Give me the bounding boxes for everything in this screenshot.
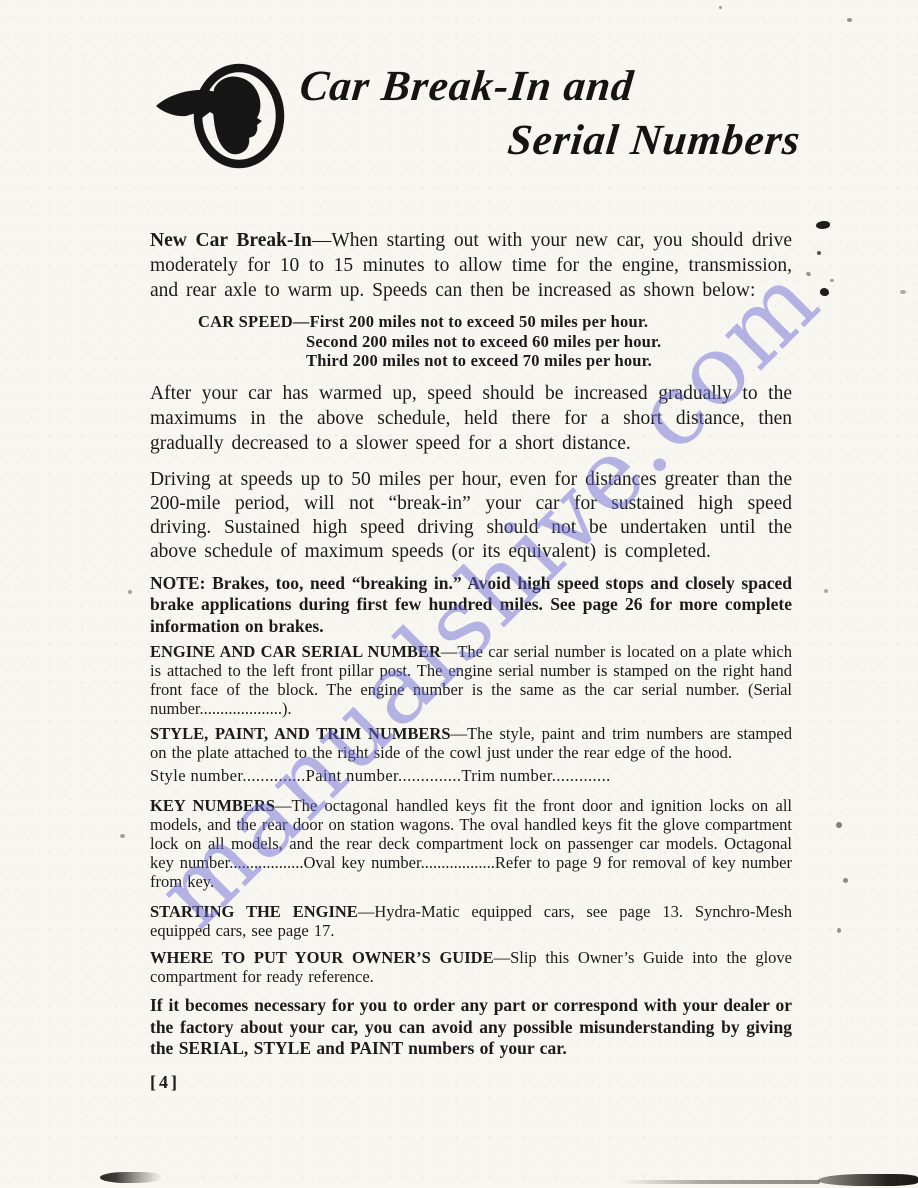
scan-speck: [847, 18, 852, 22]
paragraph-ordering-parts: If it becomes necessary for you to order…: [150, 995, 792, 1060]
heading-engine-serial-number: ENGINE AND CAR SERIAL NUMBER: [150, 642, 441, 661]
scan-speck: [900, 290, 906, 294]
scan-smudge-bottom-left: [100, 1172, 162, 1183]
scanned-manual-page: Car Break-In and Serial Numbers New Car …: [0, 0, 918, 1188]
scan-speck: [824, 589, 828, 593]
car-speed-line-1-text: First 200 miles not to exceed 50 miles p…: [310, 312, 649, 331]
paragraph-new-car-break-in: New Car Break-In—When starting out with …: [150, 228, 792, 303]
car-speed-line-1: CAR SPEED—First 200 miles not to exceed …: [198, 312, 792, 332]
paragraph-engine-serial-number: ENGINE AND CAR SERIAL NUMBER—The car ser…: [150, 642, 792, 718]
paragraph-after-warm-up: After your car has warmed up, speed shou…: [150, 381, 792, 456]
paragraph-key-numbers: KEY NUMBERS—The octagonal handled keys f…: [150, 796, 792, 891]
paragraph-note-brakes: NOTE: Brakes, too, need “breaking in.” A…: [150, 573, 792, 638]
paragraph-style-paint-trim: STYLE, PAINT, AND TRIM NUMBERS—The style…: [150, 724, 792, 762]
paragraph-owners-guide: WHERE TO PUT YOUR OWNER’S GUIDE—Slip thi…: [150, 948, 792, 986]
paragraph-driving-speeds: Driving at speeds up to 50 miles per hou…: [150, 468, 792, 564]
page-title-line2: Serial Numbers: [505, 116, 803, 165]
heading-owners-guide: WHERE TO PUT YOUR OWNER’S GUIDE: [150, 948, 494, 967]
scan-speck: [830, 279, 834, 282]
scan-speck: [843, 878, 848, 883]
scan-speck: [719, 6, 722, 9]
scan-speck: [820, 288, 829, 296]
scan-speck: [817, 251, 821, 255]
car-speed-label: CAR SPEED—: [198, 312, 310, 331]
indian-head-icon: [152, 60, 288, 172]
scan-speck: [805, 271, 811, 277]
scan-smudge-bottom-middle: [620, 1180, 820, 1184]
scan-speck: [120, 834, 125, 838]
page-title-line1: Car Break-In and: [297, 62, 636, 111]
pontiac-indian-head-logo: [152, 60, 288, 172]
car-speed-schedule: CAR SPEED—First 200 miles not to exceed …: [198, 312, 792, 371]
heading-key-numbers: KEY NUMBERS: [150, 796, 275, 815]
heading-style-paint-trim: STYLE, PAINT, AND TRIM NUMBERS: [150, 724, 451, 743]
style-paint-trim-fill-line: Style number..............Paint number..…: [150, 766, 792, 785]
heading-starting-engine: STARTING THE ENGINE: [150, 902, 358, 921]
text-column: New Car Break-In—When starting out with …: [150, 228, 792, 1093]
page-number: [4]: [150, 1072, 792, 1093]
car-speed-line-2: Second 200 miles not to exceed 60 miles …: [198, 332, 792, 352]
scan-speck: [128, 590, 132, 594]
car-speed-line-3: Third 200 miles not to exceed 70 miles p…: [198, 351, 792, 371]
scan-speck: [836, 822, 842, 828]
scan-speck: [816, 221, 830, 229]
scan-speck: [837, 928, 841, 933]
paragraph-starting-engine: STARTING THE ENGINE—Hydra-Matic equipped…: [150, 902, 792, 940]
scan-smudge-bottom-right: [818, 1174, 918, 1186]
heading-new-car-break-in: New Car Break-In: [150, 230, 312, 251]
